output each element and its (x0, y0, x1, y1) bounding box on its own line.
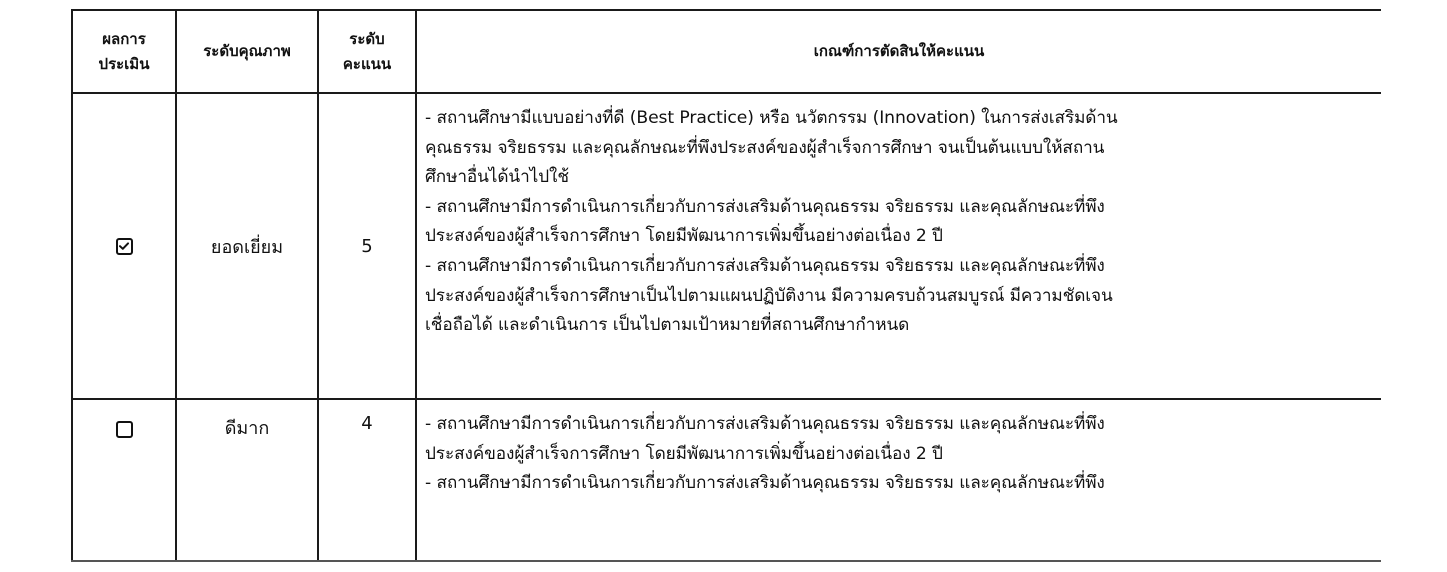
table-row: ยอดเยี่ยม 5 - สถานศึกษามีแบบอย่างที่ดี (… (71, 94, 1381, 400)
result-cell (71, 400, 175, 560)
table-header-row: ผลการ ประเมิน ระดับคุณภาพ ระดับ คะแนน เก… (71, 11, 1381, 94)
header-quality-level-label: ระดับคุณภาพ (203, 39, 291, 64)
criteria-line: - สถานศึกษามีการดำเนินการเกี่ยวกับการส่ง… (425, 410, 1381, 440)
empty-box-icon[interactable] (116, 421, 133, 438)
score-cell: 5 (317, 94, 415, 398)
header-result-line2: ประเมิน (99, 52, 150, 77)
score-cell: 4 (317, 400, 415, 560)
criteria-line: ประสงค์ของผู้สำเร็จการศึกษา โดยมีพัฒนากา… (425, 222, 1381, 252)
quality-level-text: ยอดเยี่ยม (211, 232, 283, 261)
criteria-cell: - สถานศึกษามีแบบอย่างที่ดี (Best Practic… (415, 94, 1381, 398)
criteria-line: ศึกษาอื่นได้นำไปใช้ (425, 163, 1381, 193)
header-score-line2: คะแนน (343, 52, 391, 77)
header-result: ผลการ ประเมิน (71, 11, 175, 92)
criteria-line: - สถานศึกษามีแบบอย่างที่ดี (Best Practic… (425, 104, 1381, 134)
header-score-level: ระดับ คะแนน (317, 11, 415, 92)
header-criteria-label: เกณฑ์การตัดสินให้คะแนน (814, 39, 985, 64)
criteria-line: คุณธรรม จริยธรรม และคุณลักษณะที่พึงประสง… (425, 134, 1381, 164)
table-row: ดีมาก 4 - สถานศึกษามีการดำเนินการเกี่ยวก… (71, 400, 1381, 560)
header-result-line1: ผลการ (99, 27, 150, 52)
quality-level-cell: ดีมาก (175, 400, 317, 560)
score-text: 5 (361, 236, 372, 257)
quality-level-cell: ยอดเยี่ยม (175, 94, 317, 398)
criteria-line: - สถานศึกษามีการดำเนินการเกี่ยวกับการส่ง… (425, 193, 1381, 223)
header-quality-level: ระดับคุณภาพ (175, 11, 317, 92)
header-score-line1: ระดับ (343, 27, 391, 52)
score-text: 4 (361, 413, 372, 434)
criteria-line: - สถานศึกษามีการดำเนินการเกี่ยวกับการส่ง… (425, 252, 1381, 282)
criteria-line: - สถานศึกษามีการดำเนินการเกี่ยวกับการส่ง… (425, 469, 1381, 499)
header-criteria: เกณฑ์การตัดสินให้คะแนน (415, 11, 1381, 92)
result-cell (71, 94, 175, 398)
criteria-line: ประสงค์ของผู้สำเร็จการศึกษาเป็นไปตามแผนป… (425, 282, 1381, 312)
assessment-criteria-table: ผลการ ประเมิน ระดับคุณภาพ ระดับ คะแนน เก… (71, 9, 1381, 562)
checked-box-icon[interactable] (116, 238, 133, 255)
criteria-cell: - สถานศึกษามีการดำเนินการเกี่ยวกับการส่ง… (415, 400, 1381, 560)
quality-level-text: ดีมาก (225, 413, 270, 442)
criteria-line: ประสงค์ของผู้สำเร็จการศึกษา โดยมีพัฒนากา… (425, 440, 1381, 470)
criteria-line: เชื่อถือได้ และดำเนินการ เป็นไปตามเป้าหม… (425, 311, 1381, 341)
